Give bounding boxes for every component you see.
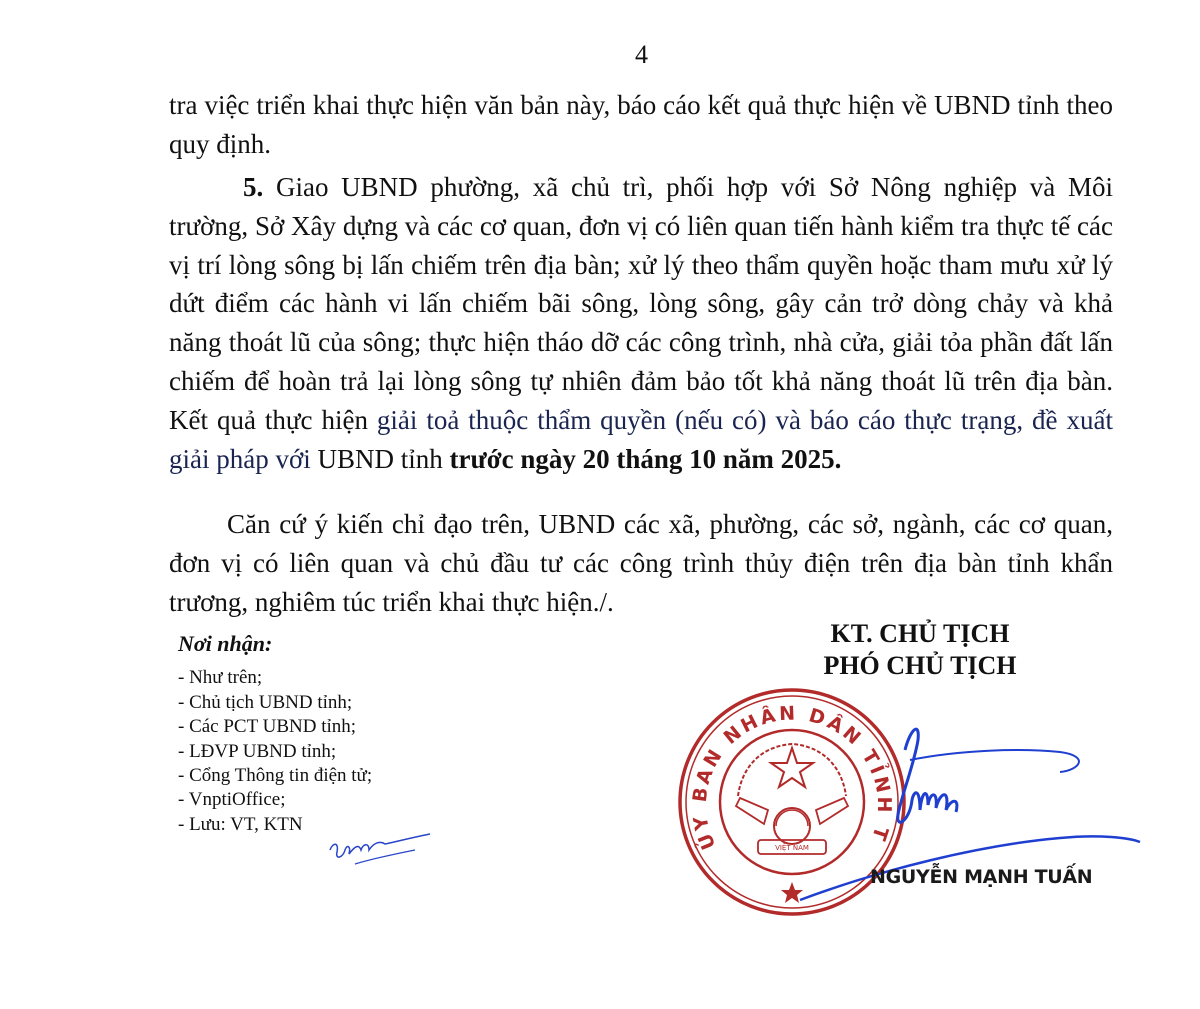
item-text-a: Giao UBND phường, xã chủ trì, phối hợp v…	[169, 172, 1113, 435]
signer-title-line1: KT. CHỦ TỊCH	[780, 618, 1060, 650]
signer-name: NGUYỄN MẠNH TUẤN	[870, 866, 1092, 888]
paragraph-closing: Căn cứ ý kiến chỉ đạo trên, UBND các xã,…	[169, 505, 1113, 621]
recipient-item: - Chủ tịch UBND tỉnh;	[178, 691, 372, 715]
recipients-block: Nơi nhận: - Như trên; - Chủ tịch UBND tỉ…	[178, 632, 372, 837]
recipients-title: Nơi nhận:	[178, 632, 372, 656]
item-text-b: UBND tỉnh	[311, 444, 450, 474]
recipient-item: - Các PCT UBND tỉnh;	[178, 715, 372, 739]
recipient-item: - LĐVP UBND tỉnh;	[178, 740, 372, 764]
deadline-text: trước ngày 20 tháng 10 năm 2025.	[450, 444, 842, 474]
paragraph-item-5: 5. Giao UBND phường, xã chủ trì, phối hợ…	[169, 168, 1113, 478]
signer-title: KT. CHỦ TỊCH PHÓ CHỦ TỊCH	[780, 618, 1060, 682]
item-number: 5.	[243, 172, 263, 202]
recipient-item: - VnptiOffice;	[178, 788, 372, 812]
paragraph-continuation: tra việc triển khai thực hiện văn bản nà…	[169, 86, 1113, 164]
recipient-item: - Cổng Thông tin điện tử;	[178, 764, 372, 788]
initials-signature-icon	[325, 820, 435, 870]
page-number: 4	[0, 40, 1200, 70]
recipient-item: - Như trên;	[178, 666, 372, 690]
signer-title-line2: PHÓ CHỦ TỊCH	[780, 650, 1060, 682]
